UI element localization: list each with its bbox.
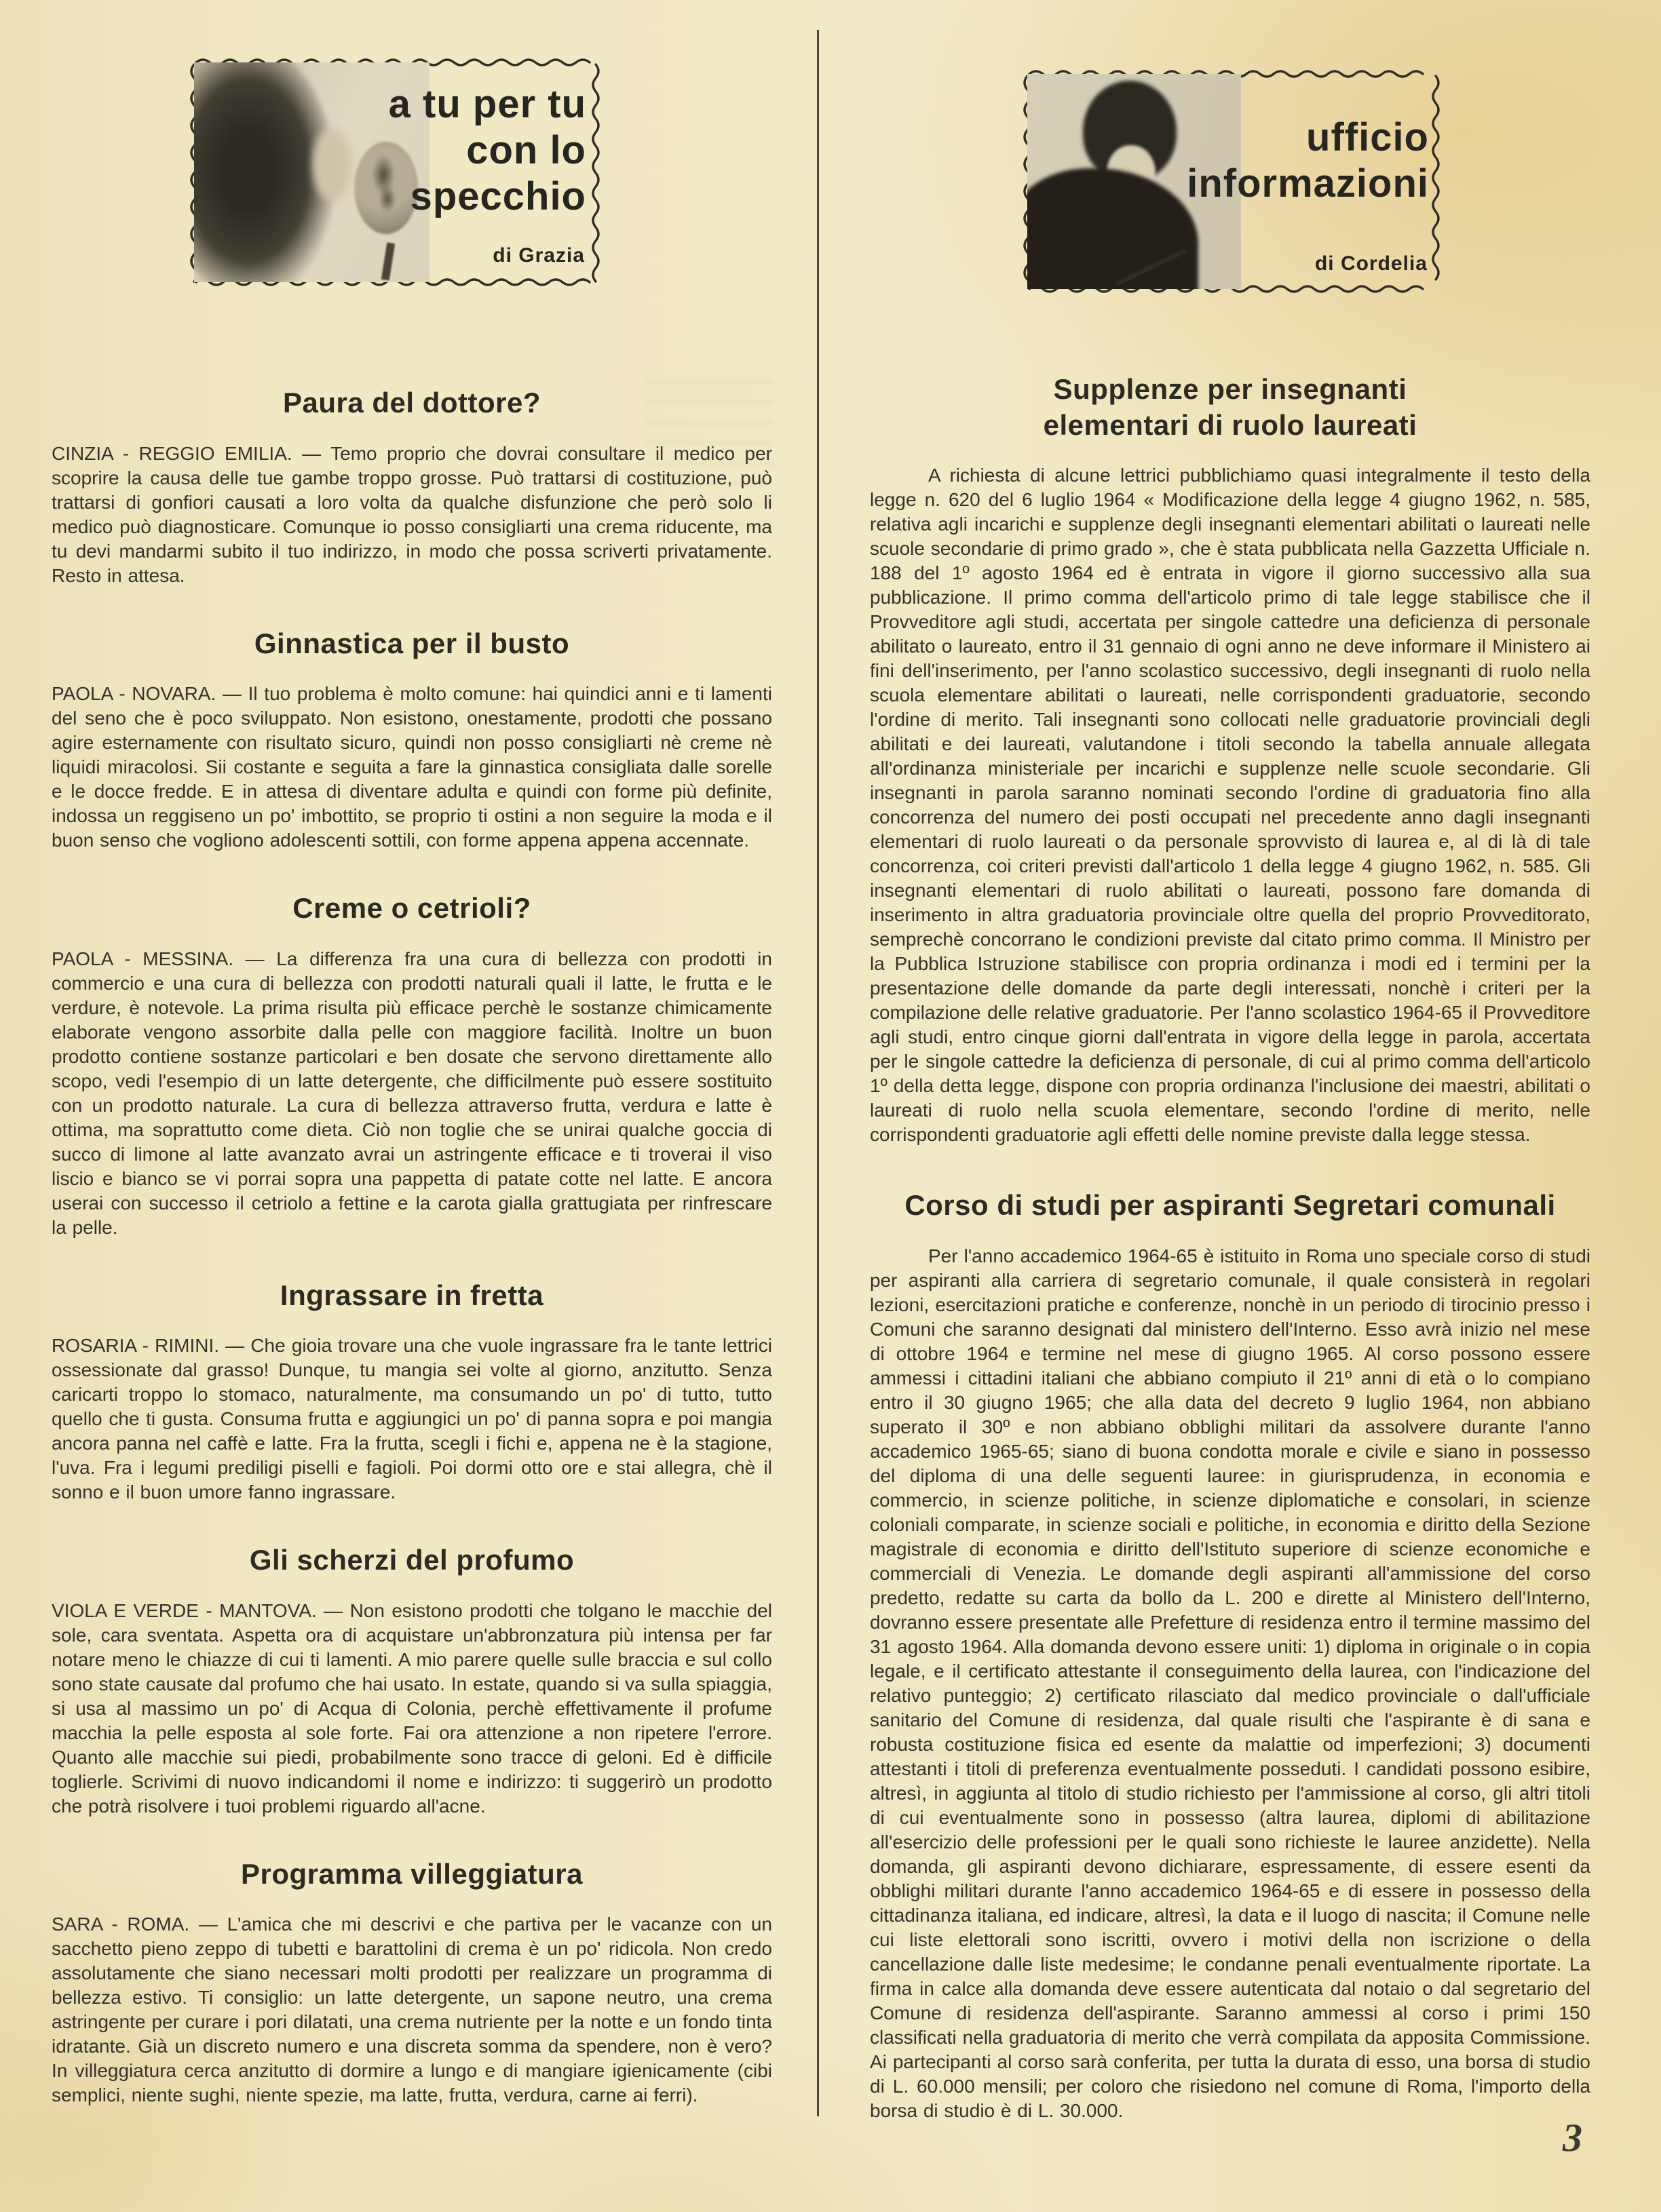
right-rubric-byline: di Cordelia [1315, 252, 1428, 275]
section-body: Per l'anno accademico 1964-65 è istituit… [870, 1244, 1590, 2123]
left-rubric-title-line: specchio [389, 174, 586, 220]
column-divider-rule [817, 30, 819, 2116]
left-column: a tu per tu con lo specchio di Grazia Pa… [52, 0, 772, 2127]
right-column: ufficio informazioni di Cordelia Supplen… [870, 0, 1590, 2142]
photo-mirror-handle-shape [381, 242, 395, 280]
section-body: SARA - ROMA. — L'amica che mi descrivi e… [52, 1912, 772, 2108]
photo-face-shape [312, 128, 352, 201]
section-title-line: elementari di ruolo laureati [1044, 409, 1417, 441]
section-body: VIOLA E VERDE - MANTOVA. — Non esistono … [52, 1599, 772, 1819]
section-title: Ingrassare in fretta [52, 1278, 772, 1314]
left-rubric-byline: di Grazia [493, 244, 585, 267]
section-body: PAOLA - MESSINA. — La differenza fra una… [52, 947, 772, 1240]
section-title: Supplenze per insegnanti elementari di r… [870, 372, 1590, 443]
left-column-header-box: a tu per tu con lo specchio di Grazia [185, 53, 605, 292]
section-title: Corso di studi per aspiranti Segretari c… [870, 1188, 1590, 1224]
section-body: CINZIA - REGGIO EMILIA. — Temo proprio c… [52, 442, 772, 588]
section-title: Ginnastica per il busto [52, 626, 772, 662]
photo-coat-shape [1027, 168, 1198, 289]
section-body: PAOLA - NOVARA. — Il tuo problema è molt… [52, 682, 772, 853]
section-title-line: Supplenze per insegnanti [1054, 373, 1407, 405]
right-rubric-title-line: informazioni [1187, 161, 1429, 207]
right-rubric-title: ufficio informazioni [1187, 115, 1429, 207]
right-column-header-box: ufficio informazioni di Cordelia [1018, 64, 1445, 298]
section-title: Gli scherzi del profumo [52, 1542, 772, 1578]
section-title: Paura del dottore? [52, 385, 772, 421]
left-rubric-title-line: con lo [389, 128, 586, 174]
section-body: A richiesta di alcune lettrici pubblichi… [870, 463, 1590, 1147]
section-title: Programma villeggiatura [52, 1857, 772, 1893]
page-number: 3 [1563, 2115, 1582, 2160]
left-rubric-title: a tu per tu con lo specchio [389, 81, 586, 220]
section-title: Creme o cetrioli? [52, 891, 772, 927]
right-rubric-title-line: ufficio [1187, 115, 1429, 161]
left-rubric-title-line: a tu per tu [389, 81, 586, 128]
section-body: ROSARIA - RIMINI. — Che gioia trovare un… [52, 1334, 772, 1505]
